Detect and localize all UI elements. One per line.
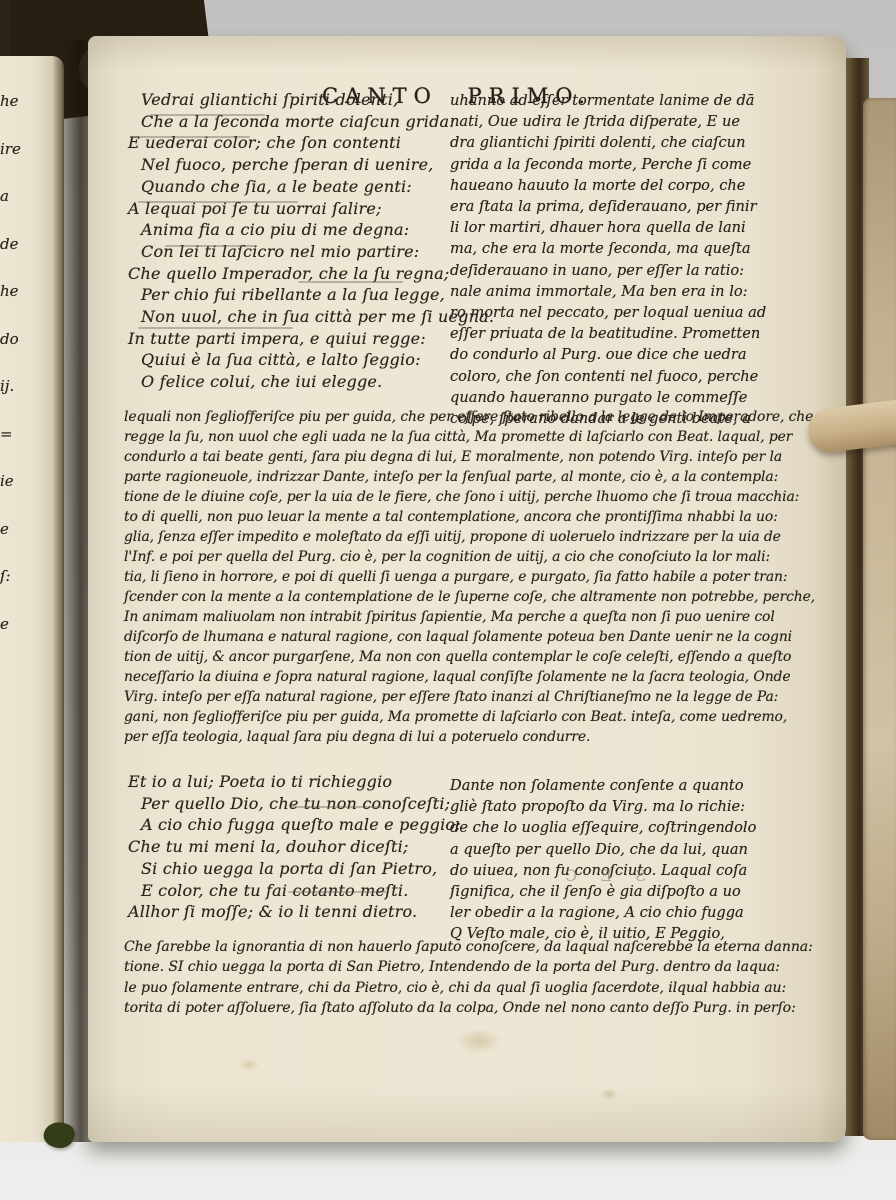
verse-line: Che tu mi meni la, douhor diceſti; — [128, 836, 450, 858]
gloss-line: tia, li ſieno in horrore, e poi di quell… — [124, 567, 796, 587]
gloss-line: condurlo a tai beate genti, ſara piu deg… — [124, 447, 796, 467]
commentary-line: uhanno ad eſſer tormentate lanime de dā — [450, 90, 786, 111]
gloss-line: gani, non ſegliofferiſce piu per guida, … — [124, 707, 796, 727]
text-fragment: de — [0, 221, 22, 269]
text-fragment: = — [0, 411, 22, 459]
commentary-column-1: uhanno ad eſſer tormentate lanime de dān… — [450, 90, 786, 429]
book-page: CANTO PRIMO. Vedrai gliantichi ſpiriti d… — [88, 36, 846, 1142]
commentary-line: deſiderauano in uano, per eſſer la ratio… — [450, 260, 786, 281]
pencil-mark — [138, 136, 250, 138]
verse-line: Si chio uegga la porta di ſan Pietro, — [128, 858, 450, 880]
photo-backdrop: heireadehedoij.=ieeſ:e CANTO PRIMO. Vedr… — [0, 0, 896, 1200]
gloss-line: neceſſario la diuina e ſopra natural rag… — [124, 667, 796, 687]
verse-line: O felice colui, che iui elegge. — [128, 371, 450, 393]
commentary-line: quando haueranno purgato le commeſſe — [450, 387, 786, 408]
text-fragment: he — [0, 78, 22, 126]
verse-line: Quando che ſia, a le beate genti: — [128, 176, 450, 198]
paper-stain — [600, 1088, 618, 1100]
verse-line: Vedrai gliantichi ſpiriti dolenti, — [128, 89, 450, 111]
gloss-line: glia, ſenza eſſer impedito e moleſtato d… — [124, 527, 796, 547]
vellum-cover — [863, 98, 896, 1140]
commentary-line: ma, che era la morte ſeconda, ma queſta — [450, 238, 786, 259]
gloss-line: In animam maliuolam non intrabit ſpiritu… — [124, 607, 796, 627]
commentary-line: ro morta nel peccato, per loqual ueniua … — [450, 302, 786, 323]
commentary-line: era ſtata la prima, deſiderauano, per fi… — [450, 196, 786, 217]
verse-line: Quiui è la ſua città, e lalto ſeggio: — [128, 349, 450, 371]
gloss-line: tion de uitij, & ancor purgarſene, Ma no… — [124, 647, 796, 667]
gloss-line: tione. SI chio uegga la porta di San Pie… — [124, 957, 796, 977]
commentary-column-2: Dante non ſolamente conſente a quantogli… — [450, 775, 786, 945]
commentary-line: grida a la ſeconda morte, Perche ſi come — [450, 154, 786, 175]
paper-stain — [456, 1028, 502, 1054]
text-fragment: ij. — [0, 363, 22, 411]
gloss-line: torita di poter aſſoluere, ſia ſtato aſſ… — [124, 998, 796, 1018]
commentary-line: nale anima immortale, Ma ben era in lo: — [450, 281, 786, 302]
commentary-line: ler obedir a la ragione, A cio chio fugg… — [450, 902, 786, 923]
verse-line: Anima fia a cio piu di me degna: — [128, 219, 450, 241]
gloss-block: lequali non ſegliofferiſce piu per guida… — [124, 407, 796, 747]
verse-line: Non uuol, che in ſua città per me ſi ueg… — [128, 306, 450, 328]
gloss-line: parte ragioneuole, indrizzar Dante, inte… — [124, 467, 796, 487]
gloss-line: diſcorſo de lhumana e natural ragione, c… — [124, 627, 796, 647]
pencil-mark — [138, 327, 293, 329]
text-fragment: a — [0, 173, 22, 221]
commentary-line: eſſer priuata de la beatitudine. Promett… — [450, 323, 786, 344]
facing-page-text-fragments: heireadehedoij.=ieeſ:e — [0, 78, 22, 648]
commentary-line: Dante non ſolamente conſente a quanto — [450, 775, 786, 796]
pencil-mark — [290, 806, 382, 808]
gloss-line: le puo ſolamente entrare, chi da Pietro,… — [124, 978, 796, 998]
gloss-line: ſcender con la mente a la contemplatione… — [124, 587, 796, 607]
commentary-line: do condurlo al Purg. oue dice che uedra — [450, 344, 786, 365]
commentary-line: gliè ſtato propoſto da Virg. ma lo richi… — [450, 796, 786, 817]
text-fragment: he — [0, 268, 22, 316]
pencil-mark — [150, 114, 265, 116]
commentary-line: dra gliantichi ſpiriti dolenti, che ciaſ… — [450, 132, 786, 153]
verse-line: Per chio fui ribellante a la ſua legge, — [128, 284, 450, 306]
text-fragment: ſ: — [0, 553, 22, 601]
pencil-mark — [165, 245, 255, 247]
pencil-mark — [298, 281, 403, 283]
gloss-line: per eſſa teologia, laqual ſara piu degna… — [124, 727, 796, 747]
verse-line: A cio chio fugga queſto male e peggio; — [128, 814, 450, 836]
commentary-line: nati, Oue udira le ſtrida diſperate, E u… — [450, 111, 786, 132]
commentary-line: coloro, che ſon contenti nel fuoco, perc… — [450, 366, 786, 387]
verse-column-1: Vedrai gliantichi ſpiriti dolenti,Che a … — [128, 89, 450, 393]
paper-stain — [238, 1058, 260, 1072]
text-fragment: e — [0, 506, 22, 554]
verse-line: Per quello Dio, che tu non conoſceſti; — [128, 793, 450, 815]
verse-line: In tutte parti impera, e quiui regge: — [128, 328, 450, 350]
pencil-mark — [138, 201, 298, 203]
pencil-mark — [288, 891, 388, 893]
text-fragment: do — [0, 316, 22, 364]
commentary-line: de che lo uoglia eſſequire, coſtringendo… — [450, 817, 786, 838]
text-fragment: ie — [0, 458, 22, 506]
commentary-line: li lor martiri, dhauer hora quella de la… — [450, 217, 786, 238]
bleedthrough-text: S E C — [556, 866, 646, 885]
gloss-line: Virg. inteſo per eſſa natural ragione, p… — [124, 687, 796, 707]
verse-line: Nel fuoco, perche ſperan di uenire, — [128, 154, 450, 176]
gloss-line: regge la ſu, non uuol che egli uada ne l… — [124, 427, 796, 447]
gloss-line: lequali non ſegliofferiſce piu per guida… — [124, 407, 796, 427]
verse-column-2: Et io a lui; Poeta io ti richieggioPer q… — [128, 771, 450, 923]
gloss-line: to di quelli, non puo leuar la mente a t… — [124, 507, 796, 527]
gloss-line: Che ſarebbe la ignorantia di non hauerlo… — [124, 937, 796, 957]
verse-line: Allhor ſi moſſe; & io li tenni dietro. — [128, 901, 450, 923]
commentary-line: haueano hauuto la morte del corpo, che — [450, 175, 786, 196]
text-fragment: ire — [0, 126, 22, 174]
gloss-line: tione de le diuine coſe, per la uia de l… — [124, 487, 796, 507]
text-fragment: e — [0, 601, 22, 649]
bottom-gloss-block: Che ſarebbe la ignorantia di non hauerlo… — [124, 937, 796, 1019]
commentary-line: a queſto per quello Dio, che da lui, qua… — [450, 839, 786, 860]
verse-line: Et io a lui; Poeta io ti richieggio — [128, 771, 450, 793]
gloss-line: l'Inf. e poi per quella del Purg. cio è,… — [124, 547, 796, 567]
